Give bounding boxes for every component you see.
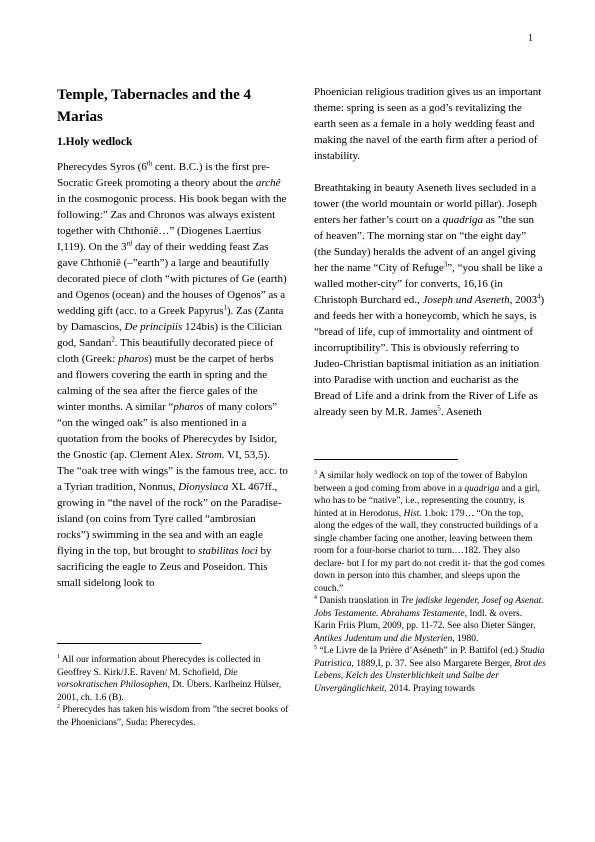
left-footnotes: 1 All our information about Pherecydes i…	[57, 643, 289, 729]
right-footnotes: 3 A similar holy wedlock on top of the t…	[314, 459, 546, 695]
body-paragraph: Pherecydes Syros (6th cent. B.C.) is the…	[57, 159, 288, 591]
body-paragraph: Phoenician religious tradition gives us …	[314, 84, 545, 164]
footnote-separator	[314, 459, 458, 460]
right-column-body: Phoenician religious tradition gives us …	[314, 84, 545, 420]
footnote-2: 2 Pherecydes has taken his wisdom from ”…	[57, 704, 289, 729]
left-column-body: Pherecydes Syros (6th cent. B.C.) is the…	[57, 159, 288, 591]
right-column: Phoenician religious tradition gives us …	[314, 84, 545, 420]
footnote-5: 5 “Le Livre de la Prière d’Aséneth” in P…	[314, 645, 546, 695]
footnote-1: 1 All our information about Pherecydes i…	[57, 654, 289, 704]
article-title: Temple, Tabernacles and the 4 Marias	[57, 84, 288, 128]
left-column: Temple, Tabernacles and the 4 Marias 1.H…	[57, 84, 288, 591]
footnote-separator	[57, 643, 201, 644]
section-heading: 1.Holy wedlock	[57, 135, 288, 149]
page-number: 1	[528, 33, 533, 45]
document-page: { "page": { "number": "1", "background_c…	[0, 0, 595, 842]
footnote-4: 4 Danish translation in Tre jødiske lege…	[314, 595, 546, 645]
footnote-3: 3 A similar holy wedlock on top of the t…	[314, 470, 546, 595]
body-paragraph: Breathtaking in beauty Aseneth lives sec…	[314, 180, 545, 420]
